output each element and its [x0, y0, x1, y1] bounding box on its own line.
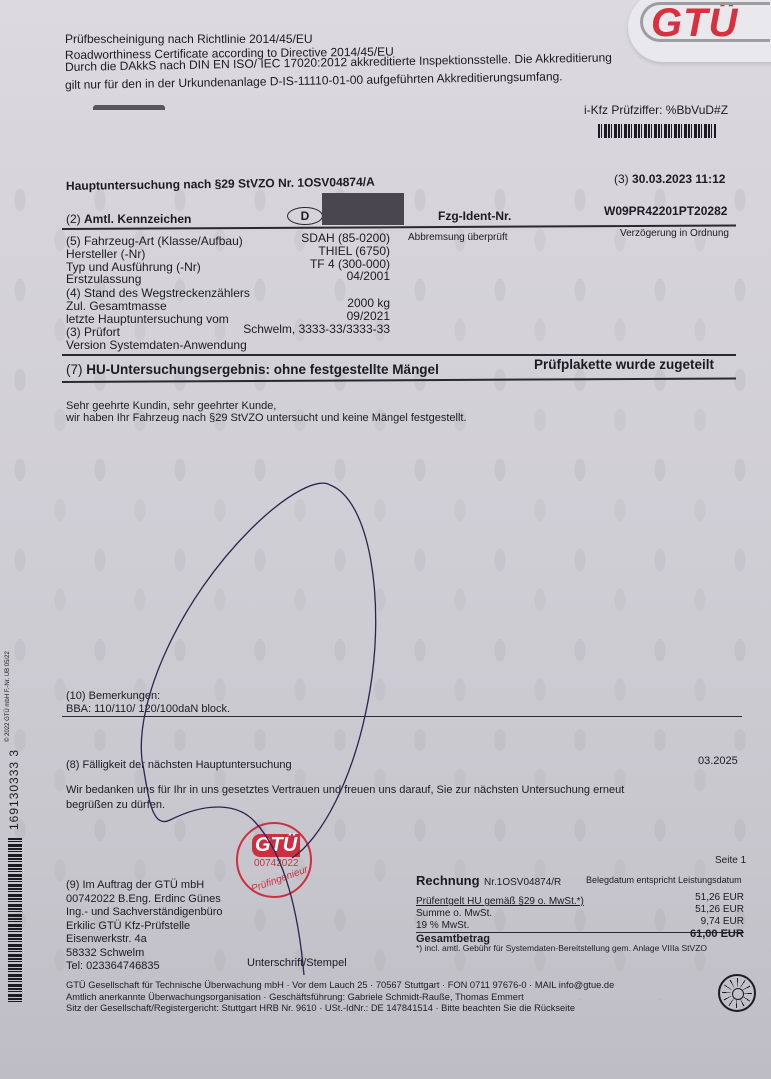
plate-label: (2) Amtl. Kennzeichen — [66, 212, 191, 226]
header-line-1: Prüfbescheinigung nach Richtlinie 2014/4… — [65, 32, 313, 46]
divider — [62, 716, 742, 717]
vehicle-field-label: Erstzulassung — [66, 272, 141, 286]
serial-number: 169130333 3 — [7, 749, 21, 830]
vehicle-field-value: SDAH (85-0200) — [301, 231, 390, 245]
vehicle-field-label: Zul. Gesamtmasse — [66, 299, 167, 313]
invoice-note: Belegdatum entspricht Leistungsdatum — [586, 875, 742, 885]
gtue-logo: GTÜ — [628, 0, 771, 62]
date-label: (3) 30.03.2023 11:12 — [614, 172, 725, 186]
footer-line-3: Sitz der Gesellschaft/Registergericht: S… — [66, 1003, 575, 1013]
vehicle-field-value: 2000 kg — [347, 296, 390, 310]
certificate-page: GTÜ Prüfbescheinigung nach Richtlinie 20… — [0, 0, 771, 1079]
invoice-row-value: 51,26 EUR — [695, 904, 744, 915]
invoice-header: Rechnung Nr.1OSV04874/R — [416, 872, 561, 890]
invoice-footnote: *) incl. amtl. Gebühr für Systemdaten-Be… — [416, 943, 707, 953]
plate-redacted — [322, 193, 404, 225]
vehicle-field-label: (5) Fahrzeug-Art (Klasse/Aufbau) — [66, 234, 243, 248]
vehicle-field-label: (4) Stand des Wegstreckenzählers — [66, 286, 250, 300]
inspector-line: Erkilic GTÜ Kfz-Prüfstelle — [66, 920, 190, 932]
inspector-line: (9) Im Auftrag der GTÜ mbH — [66, 879, 204, 891]
invoice-title: Rechnung — [416, 873, 480, 888]
greeting: Sehr geehrte Kundin, sehr geehrter Kunde… — [66, 400, 276, 412]
divider — [62, 354, 736, 356]
vehicle-field-value: 09/2021 — [347, 309, 390, 323]
inspector-line: Ing.- und Sachverständigenbüro — [66, 906, 223, 918]
invoice-row-label: Summe o. MwSt. — [416, 908, 492, 919]
redaction-mark — [93, 105, 165, 110]
inspector-line: 00742022 B.Eng. Erdinc Günes — [66, 893, 221, 905]
copyright-note: © 2022 GTÜ mbH F.-Nr. UB 05/22 — [5, 651, 11, 742]
vehicle-field-value: 04/2001 — [347, 269, 390, 283]
thanks-line-2: begrüßen zu dürfen. — [66, 799, 165, 811]
signature-label: Unterschrift/Stempel — [247, 957, 347, 969]
official-seal-icon — [718, 974, 756, 1012]
inspection-date: 30.03.2023 11:12 — [632, 172, 725, 186]
next-inspection-date: 03.2025 — [698, 755, 738, 767]
invoice-row-label: 19 % MwSt. — [416, 920, 469, 931]
thanks-line-1: Wir bedanken uns für Ihr in uns gesetzte… — [66, 784, 624, 796]
inspector-line: Eisenwerkstr. 4a — [66, 933, 147, 945]
result-label: (7) HU-Untersuchungsergebnis: ohne festg… — [66, 362, 439, 377]
invoice-row-value: 51,26 EUR — [695, 892, 744, 903]
remarks-label: (10) Bemerkungen: — [66, 690, 160, 702]
total-value: 61,00 EUR — [690, 928, 744, 940]
vehicle-field-value: Schwelm, 3333-33/3333-33 — [243, 322, 390, 336]
vehicle-field-value: THIEL (6750) — [318, 244, 390, 258]
inspector-line: Tel: 023364746835 — [66, 960, 160, 972]
footer-line-2: Amtlich anerkannte Überwachungsorganisat… — [66, 992, 524, 1002]
vehicle-field-label: (3) Prüfort — [66, 325, 120, 339]
plate-country-badge: D — [287, 207, 323, 225]
vehicle-field-label: Hersteller (-Nr) — [66, 247, 145, 261]
pruefziffer: i-Kfz Prüfziffer: %BbVuD#Z — [584, 103, 728, 117]
inspector-line: 58332 Schwelm — [66, 947, 144, 959]
page-number: Seite 1 — [715, 855, 746, 866]
inspector-stamp: GTÜ 00742022 Prüfingenieur — [236, 822, 312, 898]
invoice-row-value: 9,74 EUR — [701, 916, 744, 927]
footer-line-1: GTÜ Gesellschaft für Technische Überwach… — [66, 980, 614, 990]
remarks-text: BBA: 110/110/ 120/100daN block. — [66, 703, 230, 715]
invoice-row-label: Prüfentgelt HU gemäß §29 o. MwSt.*) — [416, 896, 584, 907]
brake-note-left: Abbremsung überprüft — [408, 232, 508, 243]
next-inspection-label: (8) Fälligkeit der nächsten Hauptuntersu… — [66, 759, 292, 771]
result-message: wir haben Ihr Fahrzeug nach §29 StVZO un… — [66, 412, 467, 424]
plakette-status: Prüfplakette wurde zugeteilt — [534, 357, 714, 372]
brake-note-right: Verzögerung in Ordnung — [620, 228, 729, 239]
vehicle-field-label: Version Systemdaten-Anwendung — [66, 338, 247, 352]
vin-label: Fzg-Ident-Nr. — [438, 209, 511, 223]
vin-value: W09PR42201PT20282 — [604, 204, 727, 218]
side-barcode — [8, 838, 22, 1003]
header-line-4: gilt nur für den in der Urkundenanlage D… — [65, 69, 563, 92]
vehicle-field-label: letzte Hauptuntersuchung vom — [66, 312, 229, 326]
invoice-number: Nr.1OSV04874/R — [484, 877, 561, 888]
pruefziffer-barcode — [598, 124, 716, 138]
